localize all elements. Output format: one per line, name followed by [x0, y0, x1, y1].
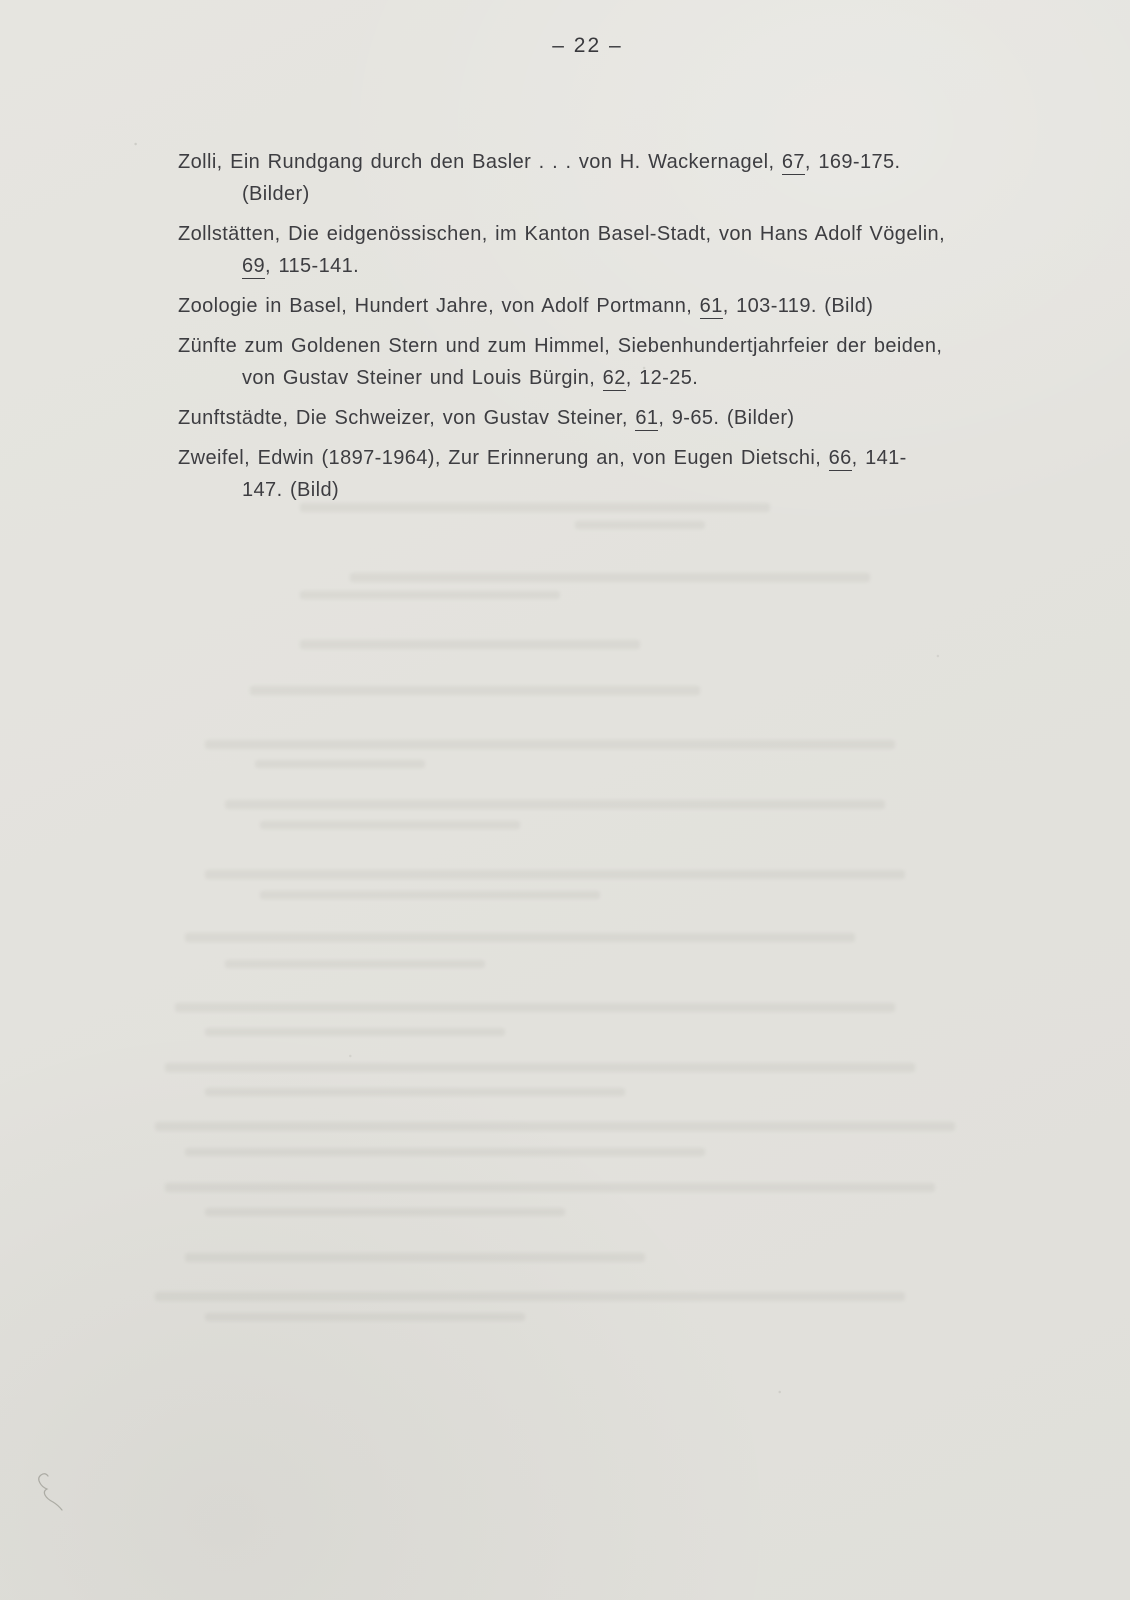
bibliography-entry: Zweifel, Edwin (1897-1964), Zur Erinneru… — [178, 442, 1038, 506]
entry-text: Zolli, Ein Rundgang durch den Basler . .… — [178, 151, 782, 173]
bleed-through-line — [225, 960, 485, 968]
entry-text: Zweifel, Edwin (1897-1964), Zur Erinneru… — [178, 447, 829, 469]
bibliography-entry: Zollstätten, Die eidgenössischen, im Kan… — [178, 218, 1038, 282]
bibliography-entry: Zoologie in Basel, Hundert Jahre, von Ad… — [178, 290, 1038, 322]
bibliography-entry: Zolli, Ein Rundgang durch den Basler . .… — [178, 146, 1038, 210]
bleed-through-line — [175, 1003, 895, 1012]
entry-text: , 115-141. — [265, 255, 359, 277]
bleed-through-line — [205, 1088, 625, 1096]
bleed-through-line — [185, 1148, 705, 1156]
bleed-through-line — [165, 1063, 915, 1072]
bleed-through-line — [300, 640, 640, 649]
volume-number: 61 — [700, 295, 723, 319]
page-number: – 22 – — [0, 34, 1130, 58]
entry-text: Zünfte zum Goldenen Stern und zum Himmel… — [178, 335, 942, 357]
bleed-through-line — [185, 933, 855, 942]
bleed-through-line — [350, 573, 870, 582]
bibliography-entry: Zunftstädte, Die Schweizer, von Gustav S… — [178, 402, 1038, 434]
volume-number: 66 — [829, 447, 852, 471]
bleed-through-line — [205, 870, 905, 879]
entry-text: 147. (Bild) — [242, 479, 339, 501]
entry-text: (Bilder) — [242, 183, 310, 205]
pencil-squiggle-mark — [34, 1470, 68, 1516]
bleed-through-line — [205, 1208, 565, 1216]
volume-number: 69 — [242, 255, 265, 279]
entry-text: , 12-25. — [626, 367, 699, 389]
volume-number: 62 — [603, 367, 626, 391]
entry-text: , 141- — [852, 447, 907, 469]
bleed-through-line — [250, 686, 700, 695]
bleed-through-line — [260, 891, 600, 899]
bleed-through-line — [205, 740, 895, 749]
bleed-through-line — [255, 760, 425, 768]
bleed-through-line — [165, 1183, 935, 1192]
bleed-through-line — [225, 800, 885, 809]
entry-text: Zollstätten, Die eidgenössischen, im Kan… — [178, 223, 945, 245]
entry-text: von Gustav Steiner und Louis Bürgin, — [242, 367, 603, 389]
bleed-through-line — [155, 1122, 955, 1131]
entry-text: Zoologie in Basel, Hundert Jahre, von Ad… — [178, 295, 700, 317]
entry-text: , 103-119. (Bild) — [723, 295, 874, 317]
volume-number: 61 — [635, 407, 658, 431]
bleed-through-line — [260, 821, 520, 829]
bleed-through-line — [300, 591, 560, 599]
scanned-document-page: – 22 – Zolli, Ein Rundgang durch den Bas… — [0, 0, 1130, 1600]
entry-text: , 169-175. — [805, 151, 901, 173]
entry-text: Zunftstädte, Die Schweizer, von Gustav S… — [178, 407, 635, 429]
bleed-through-line — [205, 1313, 525, 1321]
bibliography-entry: Zünfte zum Goldenen Stern und zum Himmel… — [178, 330, 1038, 394]
entry-text: , 9-65. (Bilder) — [658, 407, 794, 429]
bibliography-list: Zolli, Ein Rundgang durch den Basler . .… — [178, 146, 1038, 514]
bleed-through-line — [155, 1292, 905, 1301]
volume-number: 67 — [782, 151, 805, 175]
bleed-through-line — [185, 1253, 645, 1262]
bleed-through-line — [205, 1028, 505, 1036]
bleed-through-line — [575, 521, 705, 529]
